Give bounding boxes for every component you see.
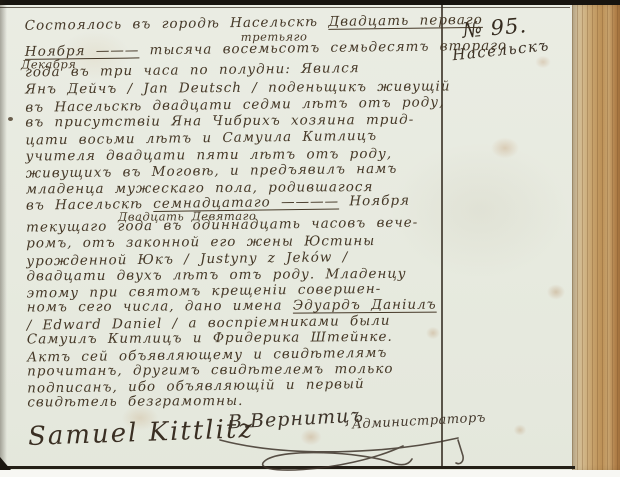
text-line: свидѣтель безграмотны. [27, 394, 243, 411]
text-line: года въ три часа по полудни: Явился [25, 61, 360, 80]
registry-page-photo: № 95. Насельскъ Состоялось въ городѣ Нас… [0, 0, 620, 477]
photo-top-edge [0, 0, 620, 5]
underlined-date: Двадцать перваго [328, 12, 483, 30]
photo-left-shadow [0, 0, 7, 477]
underlined-child-name: Эдуардъ Даніилъ [293, 297, 437, 314]
corner-ink-blot [0, 457, 11, 470]
signature-flourish [218, 428, 468, 472]
text-line: Ноября ——— тысяча восемьсотъ семьдесятъ … [25, 39, 507, 60]
margin-ink-dot [8, 117, 13, 121]
top-ruled-line [0, 7, 570, 8]
book-page-edge [572, 5, 620, 470]
record-text-block: Состоялось въ городѣ Насельскѣ Двадцать … [25, 11, 442, 414]
